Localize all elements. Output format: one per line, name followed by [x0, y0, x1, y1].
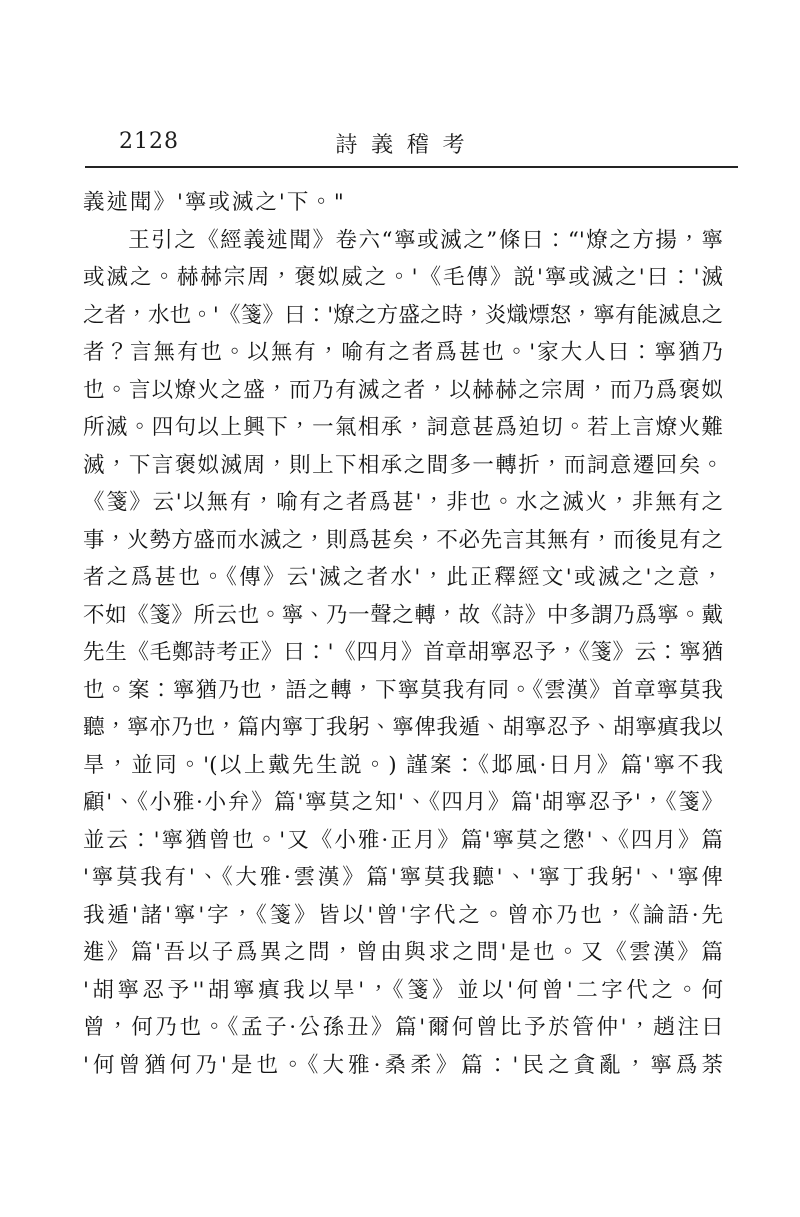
page-body: 義述聞》'寧或滅之'下。" 王引之《經義述聞》卷六“寧或滅之”條曰：“'燎之方揚…: [83, 184, 723, 1084]
text-line: 曾，何乃也。《孟子·公孫丑》篇'爾何曾比予於管仲'，趙注曰: [83, 1009, 723, 1047]
text-line: 王引之《經義述聞》卷六“寧或滅之”條曰：“'燎之方揚，寧: [83, 222, 723, 260]
text-line: 聽，寧亦乃也，篇内寧丁我躬、寧俾我遁、胡寧忍予、胡寧瘨我以: [83, 709, 723, 747]
text-line: 我遁'諸'寧'字，《箋》皆以'曾'字代之。曾亦乃也，《論語·先: [83, 897, 723, 935]
text-line: 義述聞》'寧或滅之'下。": [83, 184, 723, 222]
text-line: 之者，水也。'《箋》曰：'燎之方盛之時，炎熾熛怒，寧有能滅息之: [83, 297, 723, 335]
text-line: 不如《箋》所云也。寧、乃一聲之轉，故《詩》中多謂乃爲寧。戴: [83, 597, 723, 635]
text-line: 者之爲甚也。《傳》云'滅之者水'，此正釋經文'或滅之'之意，: [83, 559, 723, 597]
text-line: '胡寧忍予''胡寧瘨我以旱'，《箋》並以'何曾'二字代之。何: [83, 972, 723, 1010]
text-line: 進》篇'吾以子爲異之問，曾由與求之問'是也。又《雲漢》篇: [83, 934, 723, 972]
text-line: '寧莫我有'、《大雅·雲漢》篇'寧莫我聽'、'寧丁我躬'、'寧俾: [83, 859, 723, 897]
header-divider: [85, 166, 738, 168]
text-line: 顧'、《小雅·小弁》篇'寧莫之知'、《四月》篇'胡寧忍予'，《箋》: [83, 784, 723, 822]
text-line: '何曾猶何乃'是也。《大雅·桑柔》篇：'民之貪亂，寧爲荼: [83, 1047, 723, 1085]
text-line: 或滅之。赫赫宗周，褒姒威之。'《毛傳》説'寧或滅之'曰：'滅: [83, 259, 723, 297]
text-line: 先生《毛鄭詩考正》曰：'《四月》首章胡寧忍予，《箋》云：寧猶曾: [83, 634, 723, 672]
text-line: 事，火勢方盛而水滅之，則爲甚矣，不必先言其無有，而後見有之: [83, 522, 723, 560]
text-line: 也。案：寧猶乃也，語之轉，下寧莫我有同。《雲漢》首章寧莫我: [83, 672, 723, 710]
book-title: 詩義稽考: [0, 128, 800, 159]
text-line: 者？言無有也。以無有，喻有之者爲甚也。'家大人曰：寧猶乃: [83, 334, 723, 372]
text-line: 《箋》云'以無有，喻有之者爲甚'，非也。水之滅火，非無有之: [83, 484, 723, 522]
scanned-book-page: 2128 詩義稽考 義述聞》'寧或滅之'下。" 王引之《經義述聞》卷六“寧或滅之…: [0, 0, 800, 1217]
text-line: 滅，下言褒姒滅周，則上下相承之間多一轉折，而詞意遷回矣。: [83, 447, 723, 485]
text-line: 所滅。四句以上興下，一氣相承，詞意甚爲迫切。若上言燎火難: [83, 409, 723, 447]
text-line: 也。言以燎火之盛，而乃有滅之者，以赫赫之宗周，而乃爲褒姒: [83, 372, 723, 410]
text-line: 並云：'寧猶曾也。'又《小雅·正月》篇'寧莫之懲'、《四月》篇: [83, 822, 723, 860]
text-line: 旱，並同。'(以上戴先生説。) 謹案：《邶風·日月》篇'寧不我: [83, 747, 723, 785]
